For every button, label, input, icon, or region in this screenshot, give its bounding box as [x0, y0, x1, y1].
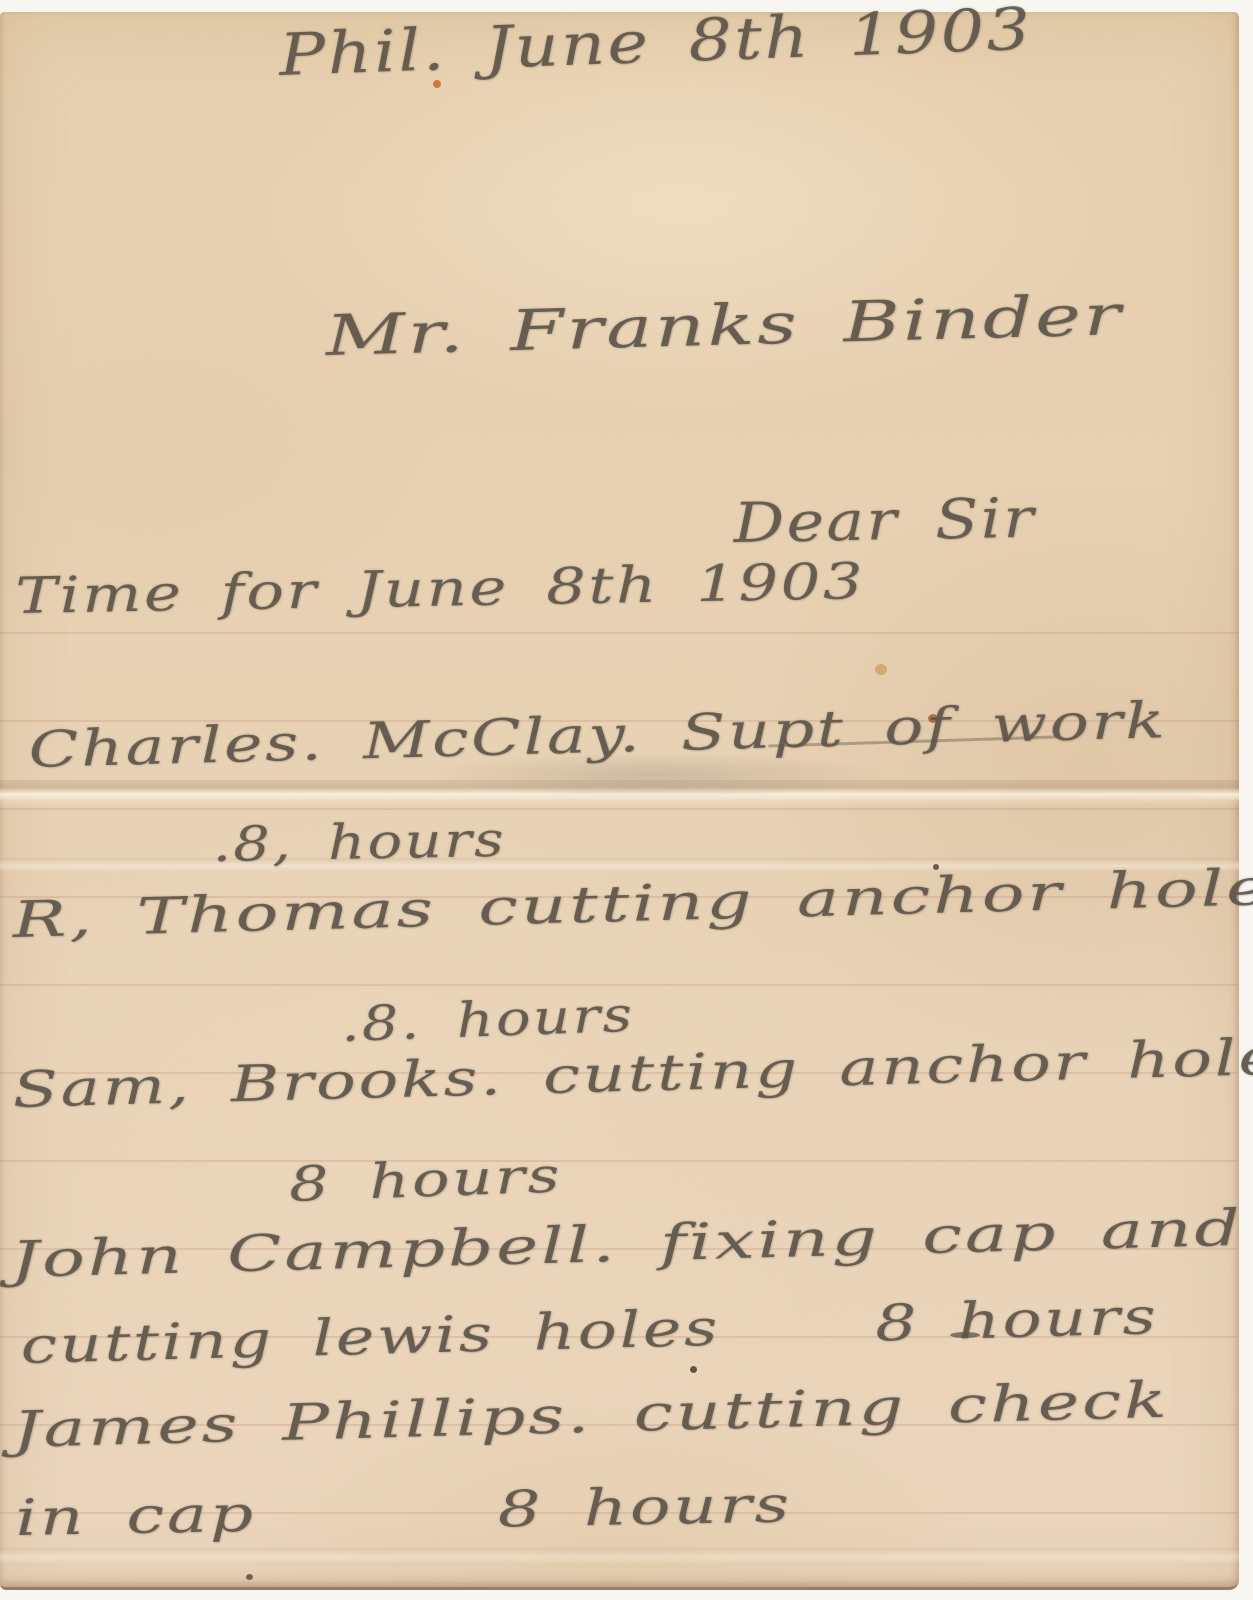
pencil-smudge: [420, 752, 890, 798]
letter-paper: [0, 12, 1239, 1590]
scan-background: Phil. June 8th 1903Mr. Franks BinderDear…: [0, 0, 1253, 1600]
